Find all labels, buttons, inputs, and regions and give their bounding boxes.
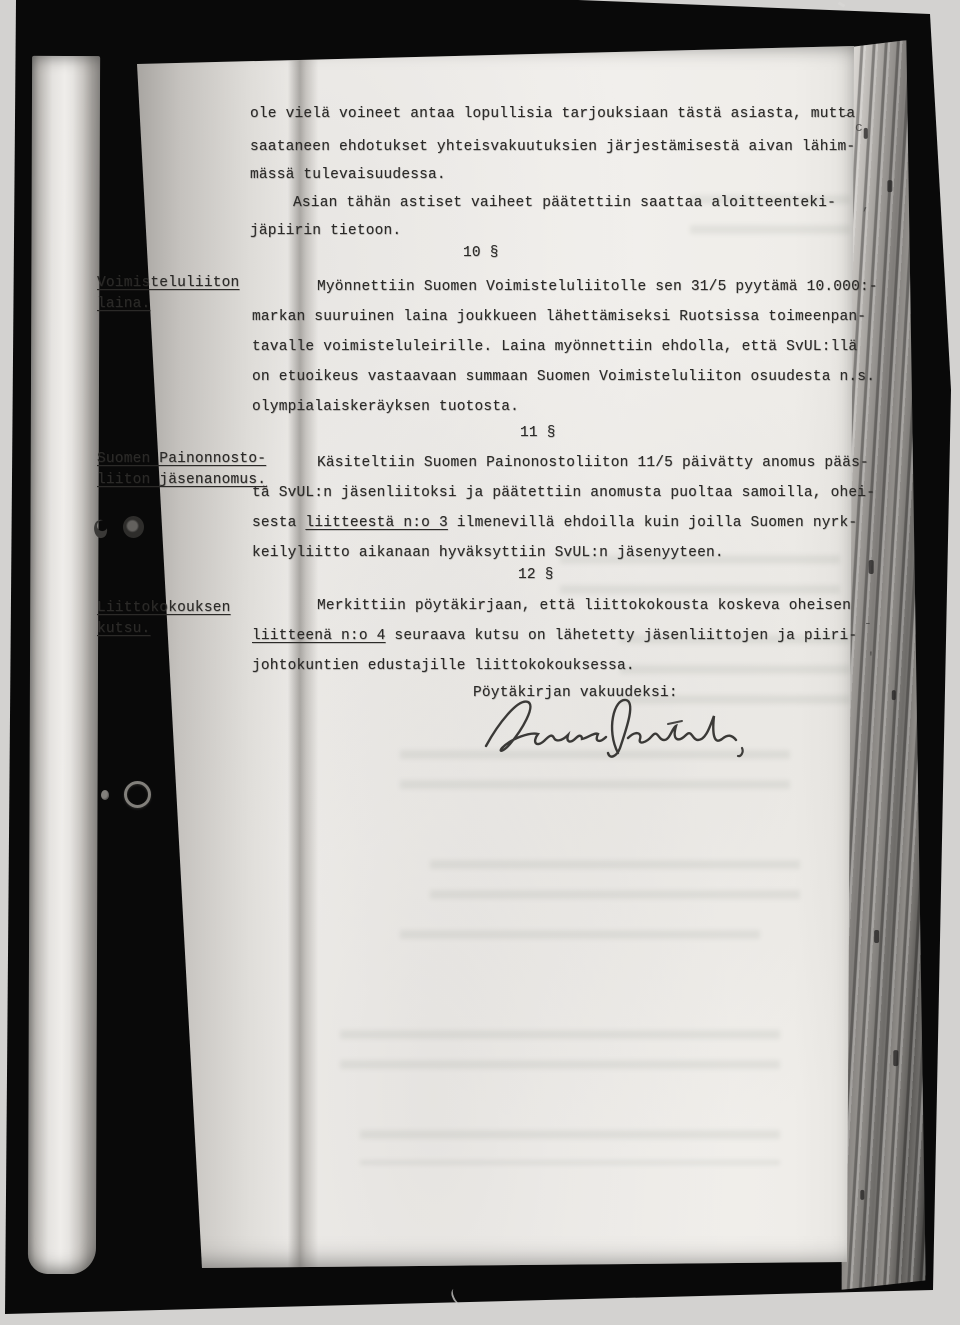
ink-blot xyxy=(123,516,144,538)
text-line: on etuoikeus vastaavaan summaan Suomen V… xyxy=(252,367,875,387)
text-line: tavalle voimisteluleirille. Laina myönne… xyxy=(252,337,857,357)
margin-note: liiton jäsenanomus. xyxy=(97,470,266,490)
text-line: johtokuntien edustajille liittokokoukses… xyxy=(252,656,635,676)
text-line: sesta liitteestä n:o 3 ilmenevillä ehdoi… xyxy=(252,513,857,533)
scan-artifact-glyph: - xyxy=(842,108,850,123)
scan-artifact-glyph: ' xyxy=(867,650,875,665)
page-curl-edge xyxy=(28,56,100,1274)
section-heading: 11 § xyxy=(520,423,556,443)
text-line: olympialaiskeräyksen tuotosta. xyxy=(252,397,519,417)
scan-speck xyxy=(838,2,846,8)
margin-note: Voimisteluliiton xyxy=(97,273,239,293)
text-line: ole vielä voineet antaa lopullisia tarjo… xyxy=(250,104,855,124)
section-heading: 10 § xyxy=(463,243,499,263)
margin-note: kutsu. xyxy=(97,619,150,639)
page-edge-speck xyxy=(874,930,879,943)
margin-note: laina. xyxy=(97,294,150,314)
text-line: liitteenä n:o 4 seuraava kutsu on lähete… xyxy=(252,626,857,646)
section-heading: 12 § xyxy=(518,565,554,585)
margin-note: Suomen Painonnosto- xyxy=(97,449,266,469)
margin-note: Liittokokouksen xyxy=(97,598,231,618)
scan-artifact-glyph: c xyxy=(855,120,863,135)
page-edge-speck xyxy=(887,180,892,192)
page-edge-speck xyxy=(860,1190,864,1200)
text-line: markan suuruinen laina joukkueen lähettä… xyxy=(252,307,866,327)
page-edge-speck xyxy=(869,560,874,574)
signature xyxy=(478,690,750,764)
page-edge-speck xyxy=(892,690,896,700)
scanned-document-page: ole vielä voineet antaa lopullisia tarjo… xyxy=(0,0,960,1325)
text-line: mässä tulevaisuudessa. xyxy=(250,165,446,185)
text-line: tä SvUL:n jäsenliitoksi ja päätettiin an… xyxy=(252,483,875,503)
page-edge-speck xyxy=(864,128,868,139)
text-line: jäpiirin tietoon. xyxy=(250,221,401,241)
scan-artifact-glyph: , xyxy=(862,198,870,213)
paper-blemish xyxy=(101,790,109,800)
embossed-ring-mark xyxy=(124,781,151,808)
text-line: Merkittiin pöytäkirjaan, että liittokoko… xyxy=(317,596,851,616)
text-line: Asian tähän astiset vaiheet päätettiin s… xyxy=(293,193,836,213)
page-edge-speck xyxy=(893,1050,898,1066)
text-line: saataneen ehdotukset yhteisvakuutuksien … xyxy=(250,137,855,157)
scan-artifact-glyph: - xyxy=(864,616,872,631)
text-line: keilyliitto aikanaan hyväksyttiin SvUL:n… xyxy=(252,543,724,563)
text-line: Käsiteltiin Suomen Painonostoliiton 11/5… xyxy=(317,453,869,473)
text-line: Myönnettiin Suomen Voimisteluliitolle se… xyxy=(317,277,878,297)
